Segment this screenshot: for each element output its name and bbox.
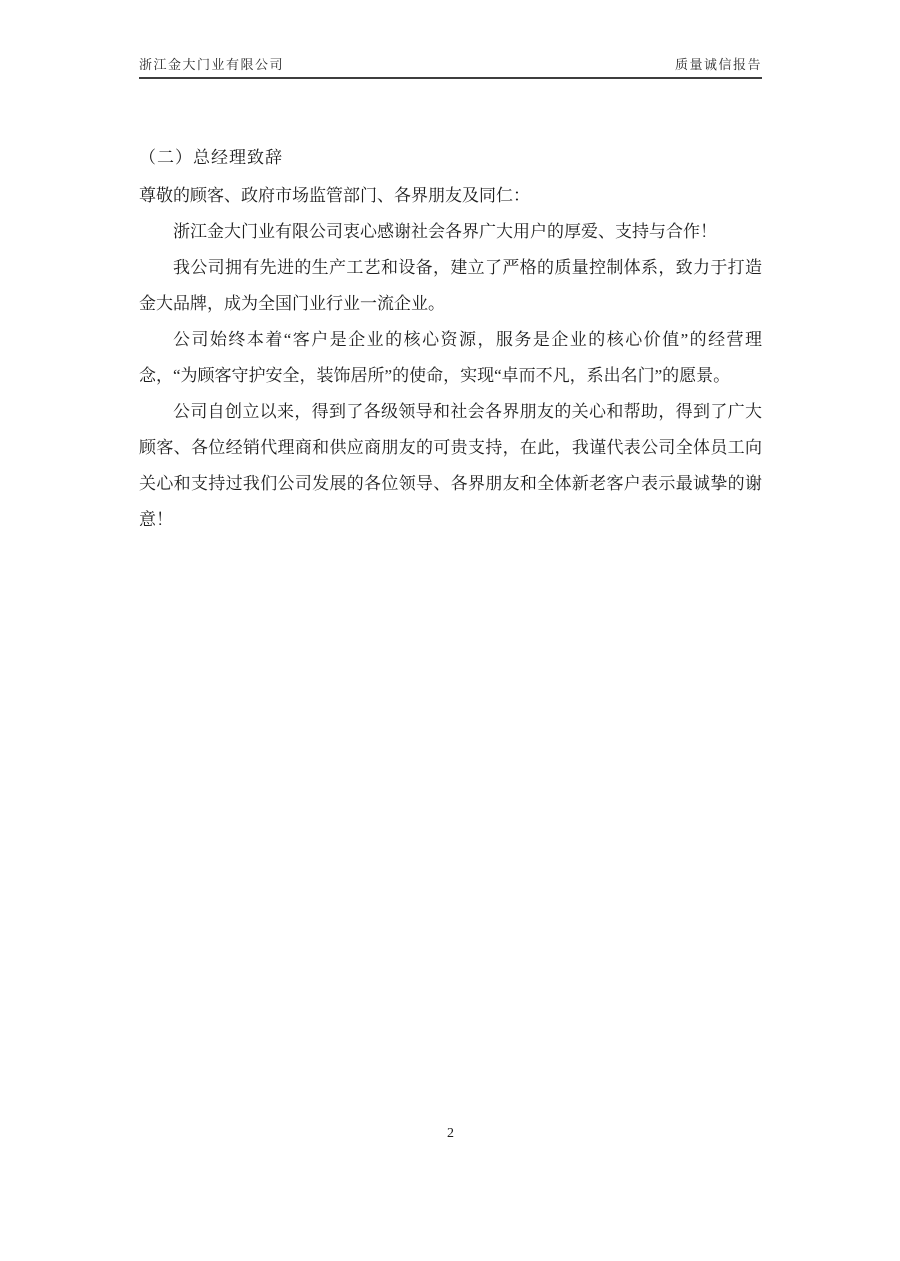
page-footer: 2: [139, 1126, 762, 1142]
body-paragraph-4: 公司自创立以来，得到了各级领导和社会各界朋友的关心和帮助，得到了广大顾客、各位经…: [139, 394, 762, 538]
body-paragraph-3: 公司始终本着“客户是企业的核心资源，服务是企业的核心价值”的经营理念，“为顾客守…: [139, 322, 762, 394]
page-number: 2: [447, 1126, 454, 1141]
document-body: （二）总经理致辞 尊敬的顾客、政府市场监管部门、各界朋友及同仁： 浙江金大门业有…: [139, 140, 762, 538]
header-company-name: 浙江金大门业有限公司: [139, 54, 284, 73]
page-header: 浙江金大门业有限公司 质量诚信报告: [139, 54, 762, 79]
section-title: （二）总经理致辞: [139, 140, 762, 176]
body-paragraph-2: 我公司拥有先进的生产工艺和设备，建立了严格的质量控制体系，致力于打造金大品牌，成…: [139, 250, 762, 322]
header-report-title: 质量诚信报告: [675, 54, 762, 73]
body-paragraph-1: 浙江金大门业有限公司衷心感谢社会各界广大用户的厚爱、支持与合作！: [139, 214, 762, 250]
salutation-line: 尊敬的顾客、政府市场监管部门、各界朋友及同仁：: [139, 178, 762, 214]
document-page: 浙江金大门业有限公司 质量诚信报告 （二）总经理致辞 尊敬的顾客、政府市场监管部…: [0, 0, 900, 1261]
